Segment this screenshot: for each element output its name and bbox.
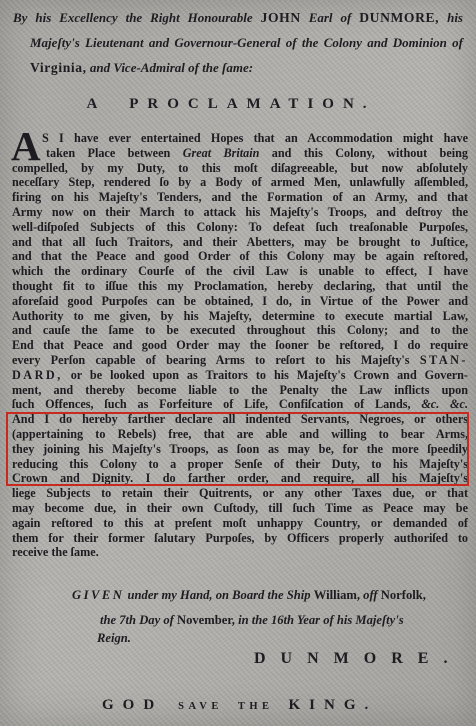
body-line: neceſſary Step, rendered ſo by a Body of… bbox=[12, 175, 468, 190]
proclamation-title: A PROCLAMATION. bbox=[0, 96, 462, 113]
body-line: again reſtored to this at preſent moſt u… bbox=[12, 516, 468, 531]
header-line: By his Excellency the Right Honourable J… bbox=[13, 5, 463, 30]
motto-word-the: THE bbox=[238, 701, 274, 712]
body-line: and cauſe the ſame to be executed throug… bbox=[12, 323, 468, 338]
signature: DUNMORE. bbox=[254, 650, 462, 668]
body-line: DARD, or be looked upon as Traitors to h… bbox=[12, 368, 468, 383]
header-line: Virginia, and Vice-Admiral of the ſame: bbox=[13, 55, 463, 80]
body-line: S I have ever entertained Hopes that an … bbox=[12, 131, 468, 146]
motto-word-god: GOD bbox=[102, 697, 163, 714]
body-line: every Perſon capable of bearing Arms to … bbox=[12, 353, 468, 368]
body-line: and that all ſuch Traitors, and their Ab… bbox=[12, 235, 468, 250]
body-line: them for their former ſalutary Purpoſes,… bbox=[12, 531, 468, 546]
document-page: By his Excellency the Right Honourable J… bbox=[0, 0, 476, 726]
dateline-line: Reign. bbox=[14, 631, 468, 646]
body-line: ment, and thereby become liable to the P… bbox=[12, 383, 468, 398]
header-line: Majeſty's Lieutenant and Governour-Gener… bbox=[13, 30, 463, 55]
body-line: which the ordinary Courſe of the civil L… bbox=[12, 264, 468, 279]
body-line: firing on his Majeſty's Tenders, and the… bbox=[12, 190, 468, 205]
proclamation-header: By his Excellency the Right Honourable J… bbox=[13, 5, 463, 80]
dateline-line: the 7th Day of November, in the 16th Yea… bbox=[14, 613, 468, 628]
motto: GOD SAVE THE KING. bbox=[102, 697, 377, 714]
body-line: ſuch Offences, ſuch as Forfeiture of Lif… bbox=[12, 397, 468, 412]
body-line: aforeſaid good Purpoſes can be obtained,… bbox=[12, 294, 468, 309]
body-line: receive the ſame. bbox=[12, 545, 468, 560]
motto-word-king: KING. bbox=[289, 697, 378, 714]
body-line: well-diſpoſed Subjects of this Colony: T… bbox=[12, 220, 468, 235]
dateline-block: GIVEN under my Hand, on Board the Ship W… bbox=[14, 588, 468, 646]
body-paragraph: S I have ever entertained Hopes that an … bbox=[12, 131, 468, 560]
body-line: thought fit to iſſue this my Proclamatio… bbox=[12, 279, 468, 294]
body-line: liege Subjects to retain their Quitrents… bbox=[12, 486, 468, 501]
highlight-box bbox=[6, 412, 469, 486]
body-line: compelled, by my Duty, to this moſt diſa… bbox=[12, 161, 468, 176]
body-line: and that the Peace and good Order of thi… bbox=[12, 249, 468, 264]
body-line: End that Peace and good Order may the ſo… bbox=[12, 338, 468, 353]
body-line: taken Place between Great Britain and th… bbox=[12, 146, 468, 161]
motto-word-save: SAVE bbox=[178, 701, 223, 712]
body-line: may become due, in their own Cuſtody, ti… bbox=[12, 501, 468, 516]
dateline-line: GIVEN under my Hand, on Board the Ship W… bbox=[14, 588, 468, 603]
body-line: Authority to me given, by his Majeſty, d… bbox=[12, 309, 468, 324]
body-line: Army now on their March to attack his Ma… bbox=[12, 205, 468, 220]
